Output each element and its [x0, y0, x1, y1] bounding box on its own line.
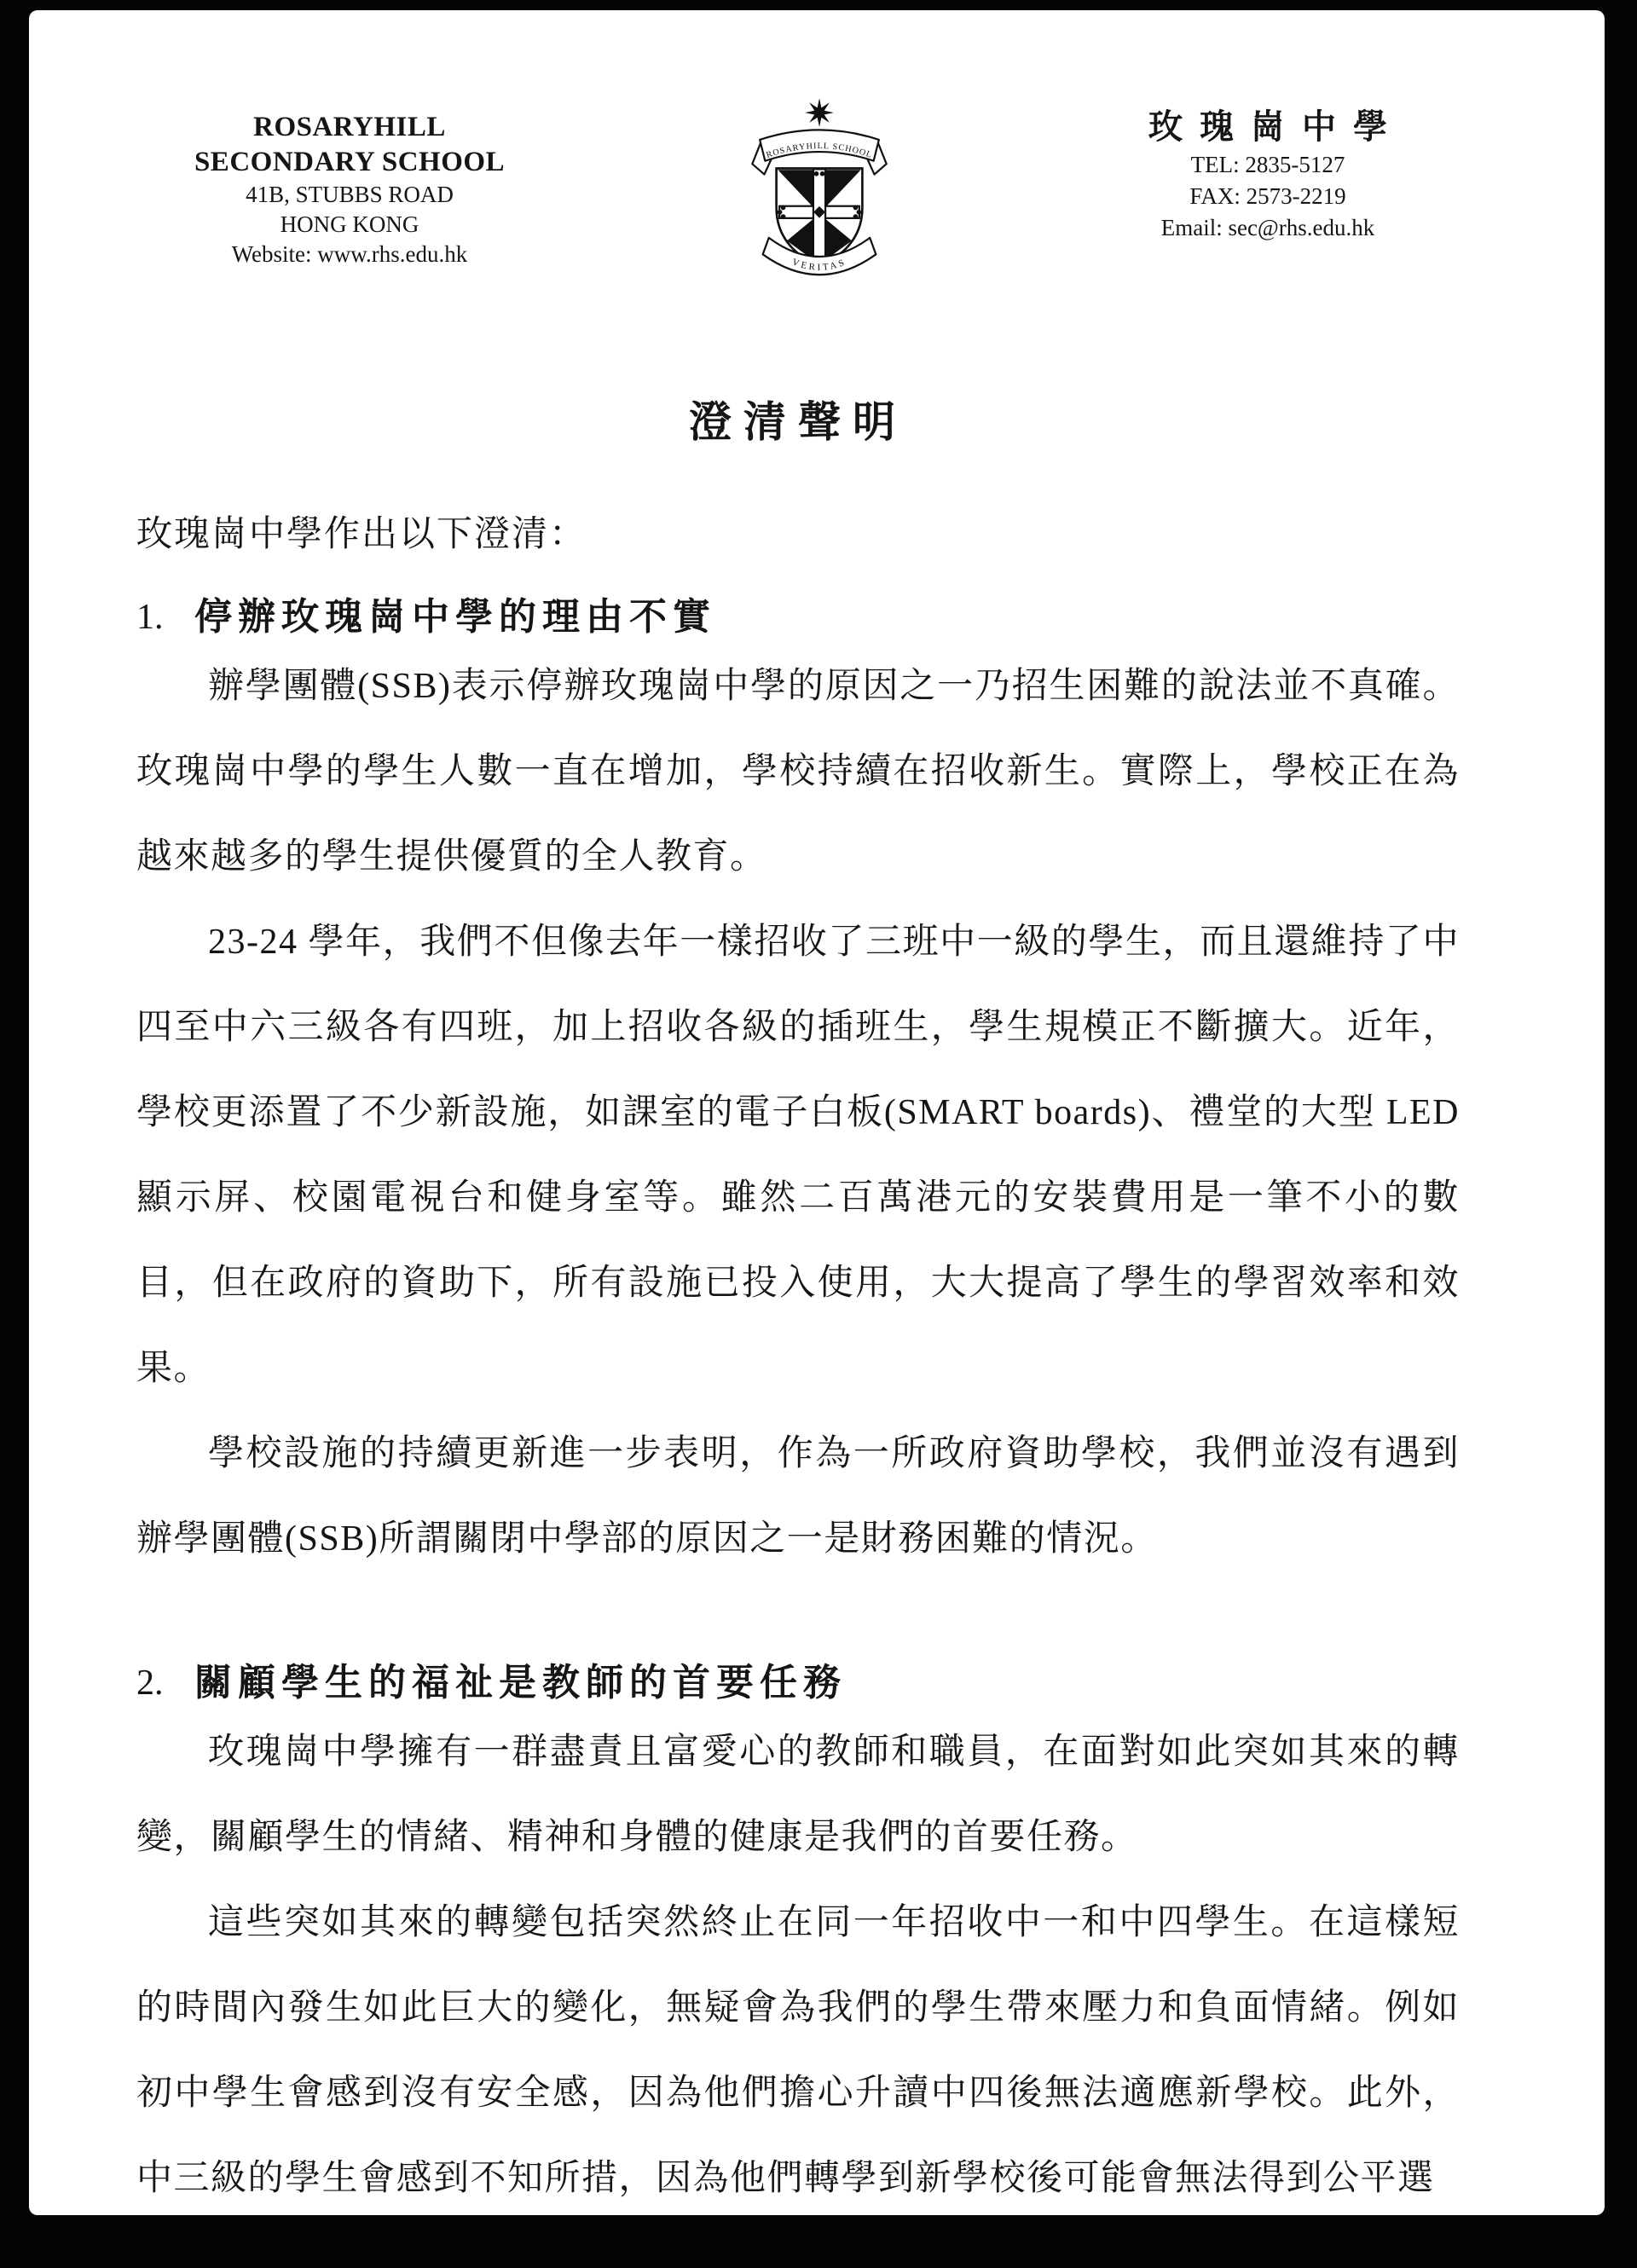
- paragraph: 辦學團體(SSB)表示停辦玫瑰崗中學的原因之一乃招生困難的說法並不真確。玫瑰崗中…: [136, 644, 1460, 900]
- school-email: Email: sec@rhs.edu.hk: [1076, 212, 1460, 244]
- section-2-number: 2.: [136, 1657, 194, 1710]
- star-icon: [805, 98, 834, 127]
- crest-icon: ROSARYHILL SCHOOL: [748, 93, 891, 283]
- document-title: 澄清聲明: [136, 396, 1460, 448]
- section-2-heading: 2. 關顧學生的福祉是教師的首要任務: [136, 1657, 1460, 1710]
- section-1: 1. 停辦玫瑰崗中學的理由不實 辦學團體(SSB)表示停辦玫瑰崗中學的原因之一乃…: [136, 591, 1460, 1582]
- school-name-en-line1: ROSARYHILL: [136, 110, 563, 145]
- paragraph: 23-24 學年，我們不但像去年一樣招收了三班中一級的學生，而且還維持了中四至中…: [136, 900, 1460, 1411]
- school-website: Website: www.rhs.edu.hk: [136, 240, 563, 269]
- school-address-block: ROSARYHILL SECONDARY SCHOOL 41B, STUBBS …: [136, 110, 563, 269]
- school-address-line2: HONG KONG: [136, 210, 563, 240]
- school-name-en-line2: SECONDARY SCHOOL: [136, 145, 563, 180]
- intro-line: 玫瑰崗中學作出以下澄清：: [136, 511, 1460, 558]
- section-1-heading: 1. 停辦玫瑰崗中學的理由不實: [136, 591, 1460, 644]
- scanned-letter-page: { "header": { "left": { "name_line1": "R…: [0, 0, 1637, 2268]
- section-1-number: 1.: [136, 591, 194, 644]
- document-page: ROSARYHILL SECONDARY SCHOOL 41B, STUBBS …: [29, 10, 1605, 2215]
- school-crest-logo: ROSARYHILL SCHOOL: [748, 93, 891, 287]
- letterhead: ROSARYHILL SECONDARY SCHOOL 41B, STUBBS …: [136, 91, 1460, 287]
- paragraph: 這些突如其來的轉變包括突然終止在同一年招收中一和中四學生。在這樣短的時間內發生如…: [136, 1880, 1460, 2215]
- section-1-heading-text: 停辦玫瑰崗中學的理由不實: [194, 591, 716, 644]
- paragraph: 學校設施的持續更新進一步表明，作為一所政府資助學校，我們並沒有遇到辦學團體(SS…: [136, 1411, 1460, 1582]
- section-2: 2. 關顧學生的福祉是教師的首要任務 玫瑰崗中學擁有一群盡責且富愛心的教師和職員…: [136, 1657, 1460, 2215]
- school-address-line1: 41B, STUBBS ROAD: [136, 180, 563, 210]
- school-tel: TEL: 2835-5127: [1076, 149, 1460, 181]
- paragraph: 玫瑰崗中學擁有一群盡責且富愛心的教師和職員，在面對如此突如其來的轉變，關顧學生的…: [136, 1710, 1460, 1880]
- school-fax: FAX: 2573-2219: [1076, 181, 1460, 212]
- school-contact-block: 玫瑰崗中學 TEL: 2835-5127 FAX: 2573-2219 Emai…: [1076, 105, 1460, 244]
- section-2-heading-text: 關顧學生的福祉是教師的首要任務: [194, 1657, 847, 1710]
- school-name-zh: 玫瑰崗中學: [1076, 105, 1477, 149]
